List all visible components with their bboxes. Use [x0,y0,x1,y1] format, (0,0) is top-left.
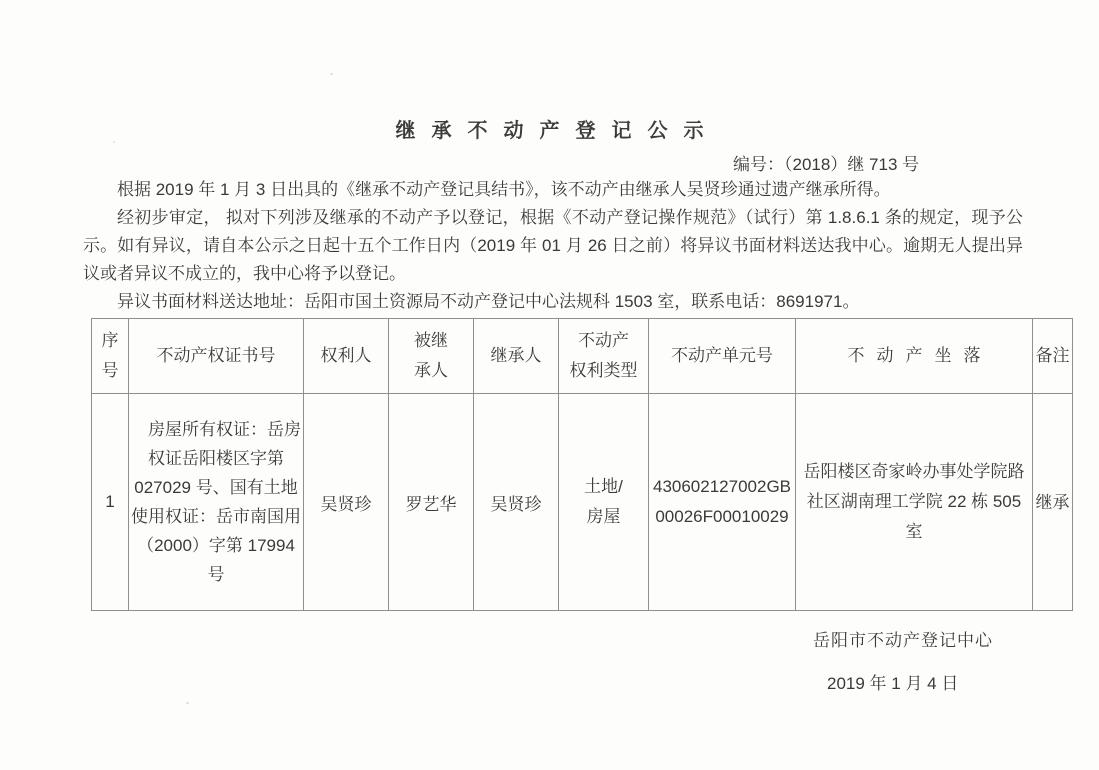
paragraph-objection-notice: 经初步审定， 拟对下列涉及继承的不动产予以登记，根据《不动产登记操作规范》（试行… [83,204,1023,288]
scan-speckle [186,702,189,704]
col-header-location: 不动产坐落 [796,319,1033,394]
cell-seq: 1 [92,394,129,611]
cell-decedent: 罗艺华 [389,394,474,611]
cell-right-type: 土地/ 房屋 [559,394,649,611]
issue-date: 2019 年 1 月 4 日 [827,669,958,694]
cell-unit-no: 430602127002GB00026F00010029 [649,394,796,611]
cell-cert-no: 房屋所有权证：岳房权证岳阳楼区字第 027029 号、国有土地使用权证：岳市南国… [129,394,304,611]
cell-location: 岳阳楼区奇家岭办事处学院路社区湖南理工学院 22 栋 505 室 [796,394,1033,611]
col-header-decedent: 被继 承人 [389,319,474,394]
col-header-right-holder: 权利人 [304,319,389,394]
cell-remark: 继承 [1033,394,1073,611]
table-header-row: 序号 不动产权证书号 权利人 被继 承人 继承人 不动产 权利类型 不动产单元号… [92,319,1073,394]
issuer-name: 岳阳市不动产登记中心 [813,626,993,651]
document-title: 继承不动产登记公示 [0,114,1099,143]
scan-speckle [330,73,333,75]
col-header-heir: 继承人 [474,319,559,394]
scan-speckle [113,141,115,143]
paragraph-basis: 根据 2019 年 1 月 3 日出具的《继承不动产登记具结书》，该不动产由继承… [83,176,1023,204]
col-header-right-type: 不动产 权利类型 [559,319,649,394]
document-number: 编号：（2018）继 713 号 [733,150,919,175]
col-header-remark: 备注 [1033,319,1073,394]
table-row: 1 房屋所有权证：岳房权证岳阳楼区字第 027029 号、国有土地使用权证：岳市… [92,394,1073,611]
scanned-document-page: 继承不动产登记公示 编号：（2018）继 713 号 根据 2019 年 1 月… [0,0,1099,770]
cell-heir: 吴贤珍 [474,394,559,611]
cell-right-holder: 吴贤珍 [304,394,389,611]
col-header-cert-no: 不动产权证书号 [129,319,304,394]
col-header-unit-no: 不动产单元号 [649,319,796,394]
registration-table: 序号 不动产权证书号 权利人 被继 承人 继承人 不动产 权利类型 不动产单元号… [91,318,1073,611]
col-header-seq: 序号 [92,319,129,394]
document-body: 根据 2019 年 1 月 3 日出具的《继承不动产登记具结书》，该不动产由继承… [83,176,1023,316]
paragraph-contact-address: 异议书面材料送达地址：岳阳市国土资源局不动产登记中心法规科 1503 室，联系电… [83,288,1023,316]
